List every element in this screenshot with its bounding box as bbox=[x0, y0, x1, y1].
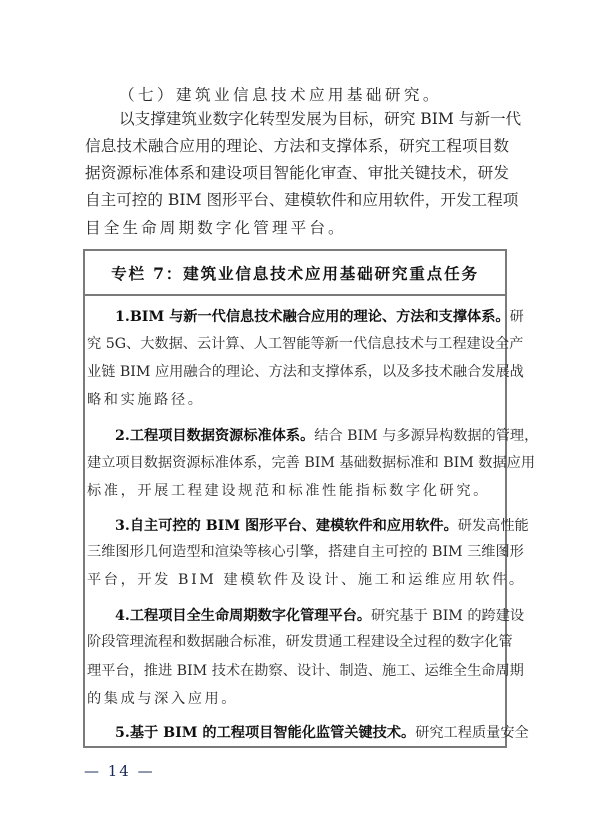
task-item-3-heading: 3.自主可控的 BIM 图形平台、建模软件和应用软件。研发高性能 bbox=[115, 516, 505, 536]
intro-line: 据资源标准体系和建设项目智能化审查、审批关键技术，研发 bbox=[85, 163, 509, 183]
task-text: 研究基于 BIM 的跨建设 bbox=[371, 608, 524, 624]
section-heading: （七）建筑业信息技术应用基础研究。 bbox=[119, 85, 442, 105]
intro-line: 信息技术融合应用的理论、方法和支撑体系，研究工程项目数 bbox=[85, 136, 509, 156]
task-item-2-heading: 2.工程项目数据资源标准体系。结合 BIM 与多源异构数据的管理， bbox=[115, 426, 505, 446]
task-line: 究 5G、大数据、云计算、人工智能等新一代信息技术与工程建设全产 bbox=[87, 334, 505, 354]
task-text: 研究工程质量安全 bbox=[415, 725, 529, 741]
task-line: 理平台，推进 BIM 技术在勘察、设计、制造、施工、运维全生命周期 bbox=[87, 661, 505, 681]
task-item-1-heading: 1.BIM 与新一代信息技术融合应用的理论、方法和支撑体系。研 bbox=[115, 307, 505, 327]
task-title: 工程项目全生命周期数字化管理平台。 bbox=[130, 608, 371, 624]
task-text: 结合 BIM 与多源异构数据的管理， bbox=[314, 428, 538, 444]
task-text: 研发高性能 bbox=[458, 518, 529, 534]
task-line: 三维图形几何造型和渲染等核心引擎，搭建自主可控的 BIM 三维图形 bbox=[87, 542, 505, 562]
page-number: — 14 — bbox=[84, 762, 155, 780]
intro-line: 目全生命周期数字化管理平台。 bbox=[85, 218, 347, 238]
intro-line: 自主可控的 BIM 图形平台、建模软件和应用软件，开发工程项 bbox=[85, 190, 509, 210]
task-title: 工程项目数据资源标准体系。 bbox=[130, 428, 314, 444]
task-item-4-heading: 4.工程项目全生命周期数字化管理平台。研究基于 BIM 的跨建设 bbox=[115, 606, 505, 626]
task-number: 5. bbox=[115, 725, 130, 741]
task-line: 的集成与深入应用。 bbox=[87, 689, 505, 709]
box-title: 专栏 7：建筑业信息技术应用基础研究重点任务 bbox=[85, 251, 505, 296]
task-text: 研 bbox=[510, 309, 524, 325]
task-title: 基于 BIM 的工程项目智能化监管关键技术。 bbox=[130, 725, 415, 741]
task-line: 平台，开发 BIM 建模软件及设计、施工和运维应用软件。 bbox=[87, 570, 505, 590]
task-number: 3. bbox=[115, 518, 130, 534]
task-title: 自主可控的 BIM 图形平台、建模软件和应用软件。 bbox=[130, 518, 458, 534]
intro-line: 以支撑建筑业数字化转型发展为目标，研究 BIM 与新一代 bbox=[119, 109, 509, 129]
task-item-5-heading: 5.基于 BIM 的工程项目智能化监管关键技术。研究工程质量安全 bbox=[115, 723, 505, 743]
task-number: 2. bbox=[115, 428, 130, 444]
task-line: 业链 BIM 应用融合的理论、方法和支撑体系，以及多技术融合发展战 bbox=[87, 362, 505, 382]
task-line: 建立项目数据资源标准体系，完善 BIM 基础数据标准和 BIM 数据应用 bbox=[87, 453, 505, 473]
task-line: 阶段管理流程和数据融合标准，研发贯通工程建设全过程的数字化管 bbox=[87, 632, 505, 652]
task-number: 1. bbox=[115, 309, 130, 325]
feature-box: 专栏 7：建筑业信息技术应用基础研究重点任务 1.BIM 与新一代信息技术融合应… bbox=[83, 249, 507, 748]
task-line: 标准，开展工程建设规范和标准性能指标数字化研究。 bbox=[87, 481, 505, 501]
task-title: BIM 与新一代信息技术融合应用的理论、方法和支撑体系。 bbox=[130, 309, 510, 325]
task-line: 略和实施路径。 bbox=[87, 390, 505, 410]
task-number: 4. bbox=[115, 608, 130, 624]
